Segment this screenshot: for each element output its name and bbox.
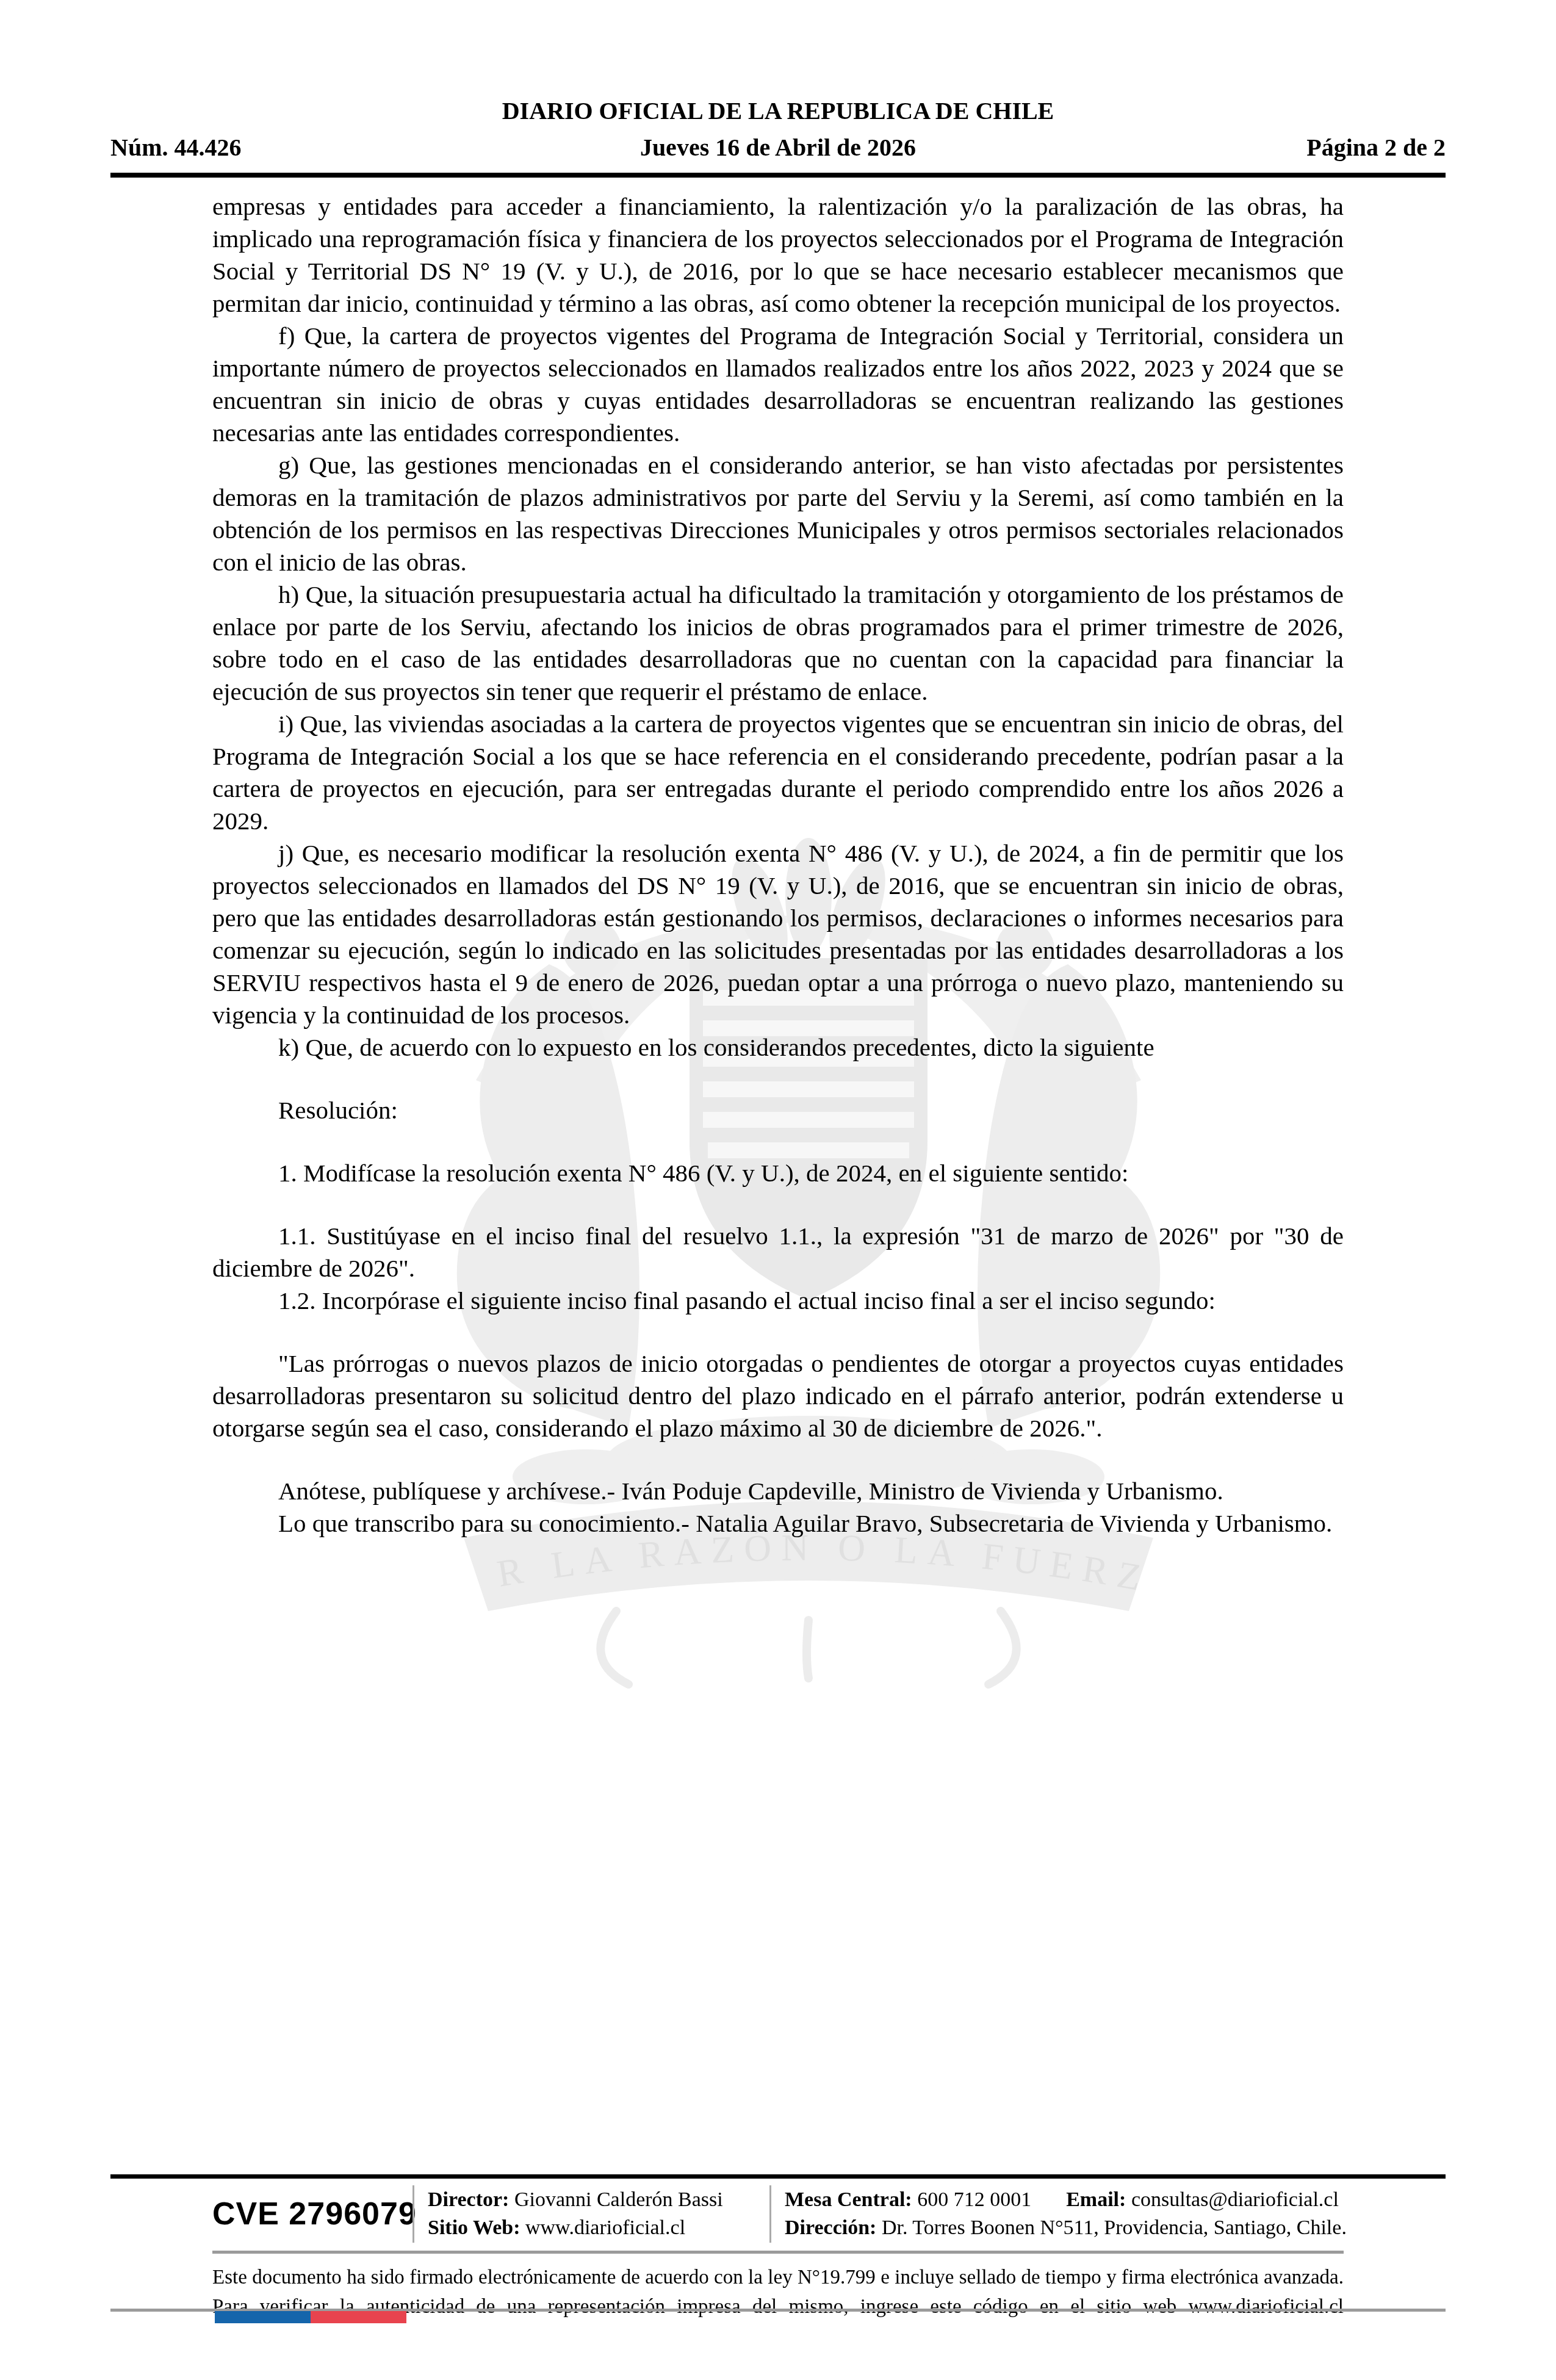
body-paragraph: g) Que, las gestiones mencionadas en el … [212,449,1344,579]
website-line: Sitio Web: www.diarioficial.cl [428,2214,769,2242]
address-value: Dr. Torres Boonen N°511, Providencia, Sa… [882,2216,1347,2239]
website-label: Sitio Web: [428,2216,520,2239]
body-paragraph: f) Que, la cartera de proyectos vigentes… [212,320,1344,449]
body-paragraph: 1.2. Incorpórase el siguiente inciso fin… [212,1285,1344,1317]
header-divider [110,173,1446,178]
body-paragraph: j) Que, es necesario modificar la resolu… [212,837,1344,1031]
body-paragraph: empresas y entidades para acceder a fina… [212,190,1344,320]
transcription-paragraph: Lo que transcribo para su conocimiento.-… [212,1507,1344,1540]
footer-info-bar: CVE 2796079 Director: Giovanni Calderón … [212,2183,1344,2245]
body-paragraph: 1.1. Sustitúyase en el inciso final del … [212,1220,1344,1285]
chile-flag-blue-bar [215,2311,311,2323]
phone-value: 600 712 0001 [917,2188,1031,2211]
gazette-page: DIARIO OFICIAL DE LA REPUBLICA DE CHILE … [0,0,1556,2380]
footer-top-rule [110,2174,1446,2179]
document-body: empresas y entidades para acceder a fina… [212,190,1344,1540]
issue-date: Jueves 16 de Abril de 2026 [110,133,1446,162]
website-value: www.diarioficial.cl [525,2216,685,2239]
body-paragraph: "Las prórrogas o nuevos plazos de inicio… [212,1347,1344,1444]
address-label: Dirección: [785,2216,876,2239]
director-label: Director: [428,2188,509,2211]
contact-block: Mesa Central: 600 712 0001 Email: consul… [771,2186,1347,2242]
newspaper-title: DIARIO OFICIAL DE LA REPUBLICA DE CHILE [110,96,1446,126]
phone-email-line: Mesa Central: 600 712 0001 Email: consul… [785,2186,1347,2214]
director-block: Director: Giovanni Calderón Bassi Sitio … [414,2186,769,2242]
cve-code: CVE 2796079 [212,2196,412,2232]
resolution-heading: Resolución: [212,1094,1344,1127]
header-meta-row: Núm. 44.426 Jueves 16 de Abril de 2026 P… [110,133,1446,164]
body-paragraph: h) Que, la situación presupuestaria actu… [212,579,1344,708]
email-label: Email: [1066,2188,1126,2211]
page-indicator: Página 2 de 2 [1306,133,1446,162]
body-paragraph: i) Que, las viviendas asociadas a la car… [212,708,1344,837]
signature-paragraph: Anótese, publíquese y archívese.- Iván P… [212,1475,1344,1507]
address-line: Dirección: Dr. Torres Boonen N°511, Prov… [785,2214,1347,2242]
body-paragraph: k) Que, de acuerdo con lo expuesto en lo… [212,1031,1344,1064]
director-line: Director: Giovanni Calderón Bassi [428,2186,769,2214]
chile-flag-red-bar [311,2311,406,2323]
body-paragraph: 1. Modifícase la resolución exenta N° 48… [212,1157,1344,1189]
footer-mid-rule [212,2251,1344,2254]
email-value: consultas@diarioficial.cl [1131,2188,1339,2211]
phone-label: Mesa Central: [785,2188,912,2211]
director-value: Giovanni Calderón Bassi [514,2188,723,2211]
